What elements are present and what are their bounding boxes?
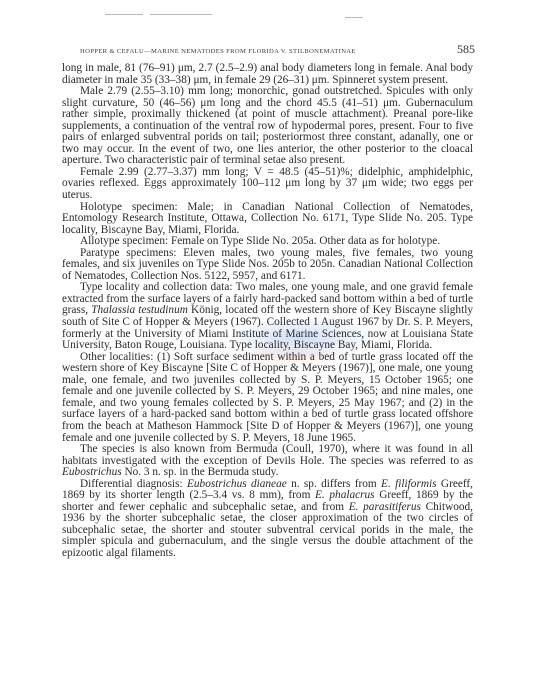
paragraph: Type locality and collection data: Two m… [62, 282, 473, 351]
running-head: Hopper & Cefalu—Marine Nematodes from Fl… [80, 48, 356, 55]
taxon-name: Thalassia testudinum [91, 304, 188, 316]
text-run: Female 2.99 (2.77–3.37) mm long; V = 48.… [62, 166, 473, 201]
article-body: long in male, 81 (76–91) μm, 2.7 (2.5–2.… [62, 63, 473, 560]
text-run: Other localities: (1) Soft surface sedim… [62, 351, 473, 444]
paragraph: Other localities: (1) Soft surface sedim… [62, 352, 473, 444]
text-run: Allotype specimen: Female on Type Slide … [80, 235, 440, 247]
paragraph: Holotype specimen: Male; in Canadian Nat… [62, 202, 473, 237]
taxon-name: E. phalacrus [315, 489, 375, 501]
text-run: Male 2.79 (2.55–3.10) mm long; monorchic… [62, 85, 473, 166]
taxon-name: E. parasitiferus [349, 501, 421, 513]
text-run: Holotype specimen: Male; in Canadian Nat… [62, 201, 473, 236]
text-run: No. 3 n. sp. in the Bermuda study. [122, 466, 279, 478]
taxon-name: E. filiformis [381, 478, 437, 490]
paragraph: Paratype specimens: Eleven males, two yo… [62, 248, 473, 283]
taxon-name: Eubostrichus [62, 466, 122, 478]
text-run: Differential diagnosis: [80, 478, 187, 490]
taxon-name: Eubostrichus dianeae [187, 478, 287, 490]
text-run: long in male, 81 (76–91) μm, 2.7 (2.5–2.… [62, 62, 473, 86]
scan-artifact [345, 17, 363, 18]
page-number: 585 [457, 42, 475, 57]
text-run: Paratype specimens: Eleven males, two yo… [62, 247, 473, 282]
paragraph: long in male, 81 (76–91) μm, 2.7 (2.5–2.… [62, 63, 473, 86]
page-header: Hopper & Cefalu—Marine Nematodes from Fl… [80, 42, 475, 57]
paragraph: Differential diagnosis: Eubostrichus dia… [62, 479, 473, 560]
scan-artifact [105, 14, 143, 15]
text-run: The species is also known from Bermuda (… [62, 443, 473, 467]
paragraph: The species is also known from Bermuda (… [62, 444, 473, 479]
paragraph: Male 2.79 (2.55–3.10) mm long; monorchic… [62, 86, 473, 167]
text-run: n. sp. differs from [287, 478, 381, 490]
paragraph: Female 2.99 (2.77–3.37) mm long; V = 48.… [62, 167, 473, 202]
scan-artifact [150, 14, 212, 15]
